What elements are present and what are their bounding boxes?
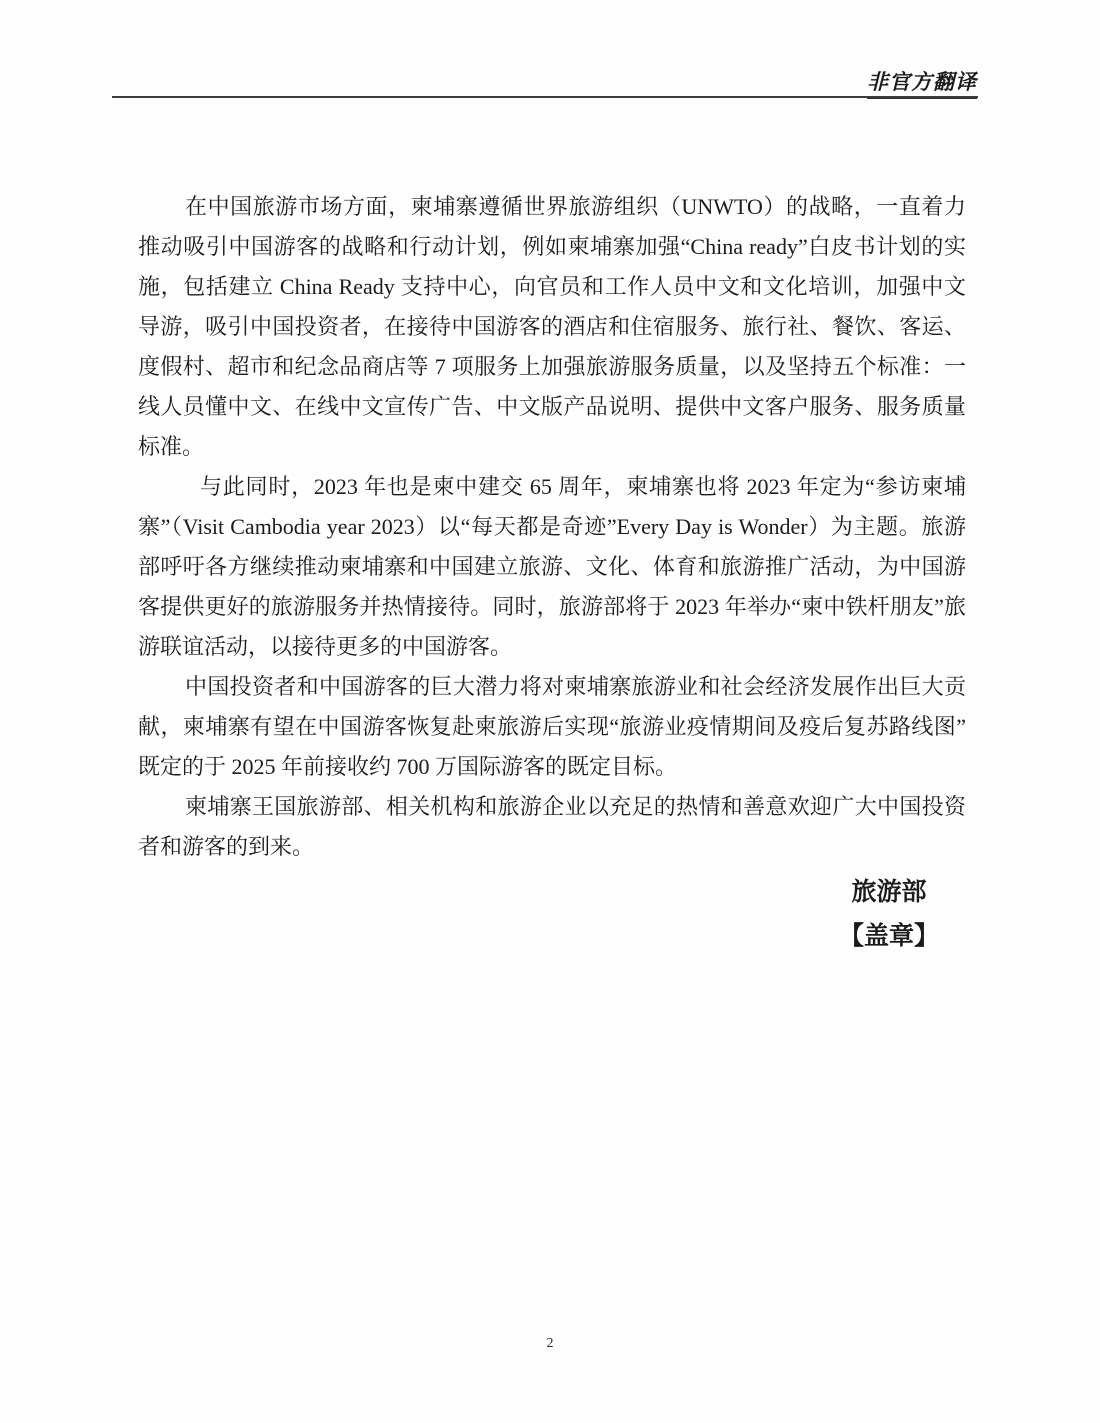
signature-seal-placeholder: 【盖章】 (839, 915, 939, 959)
signature-block: 旅游部 【盖章】 (839, 871, 939, 959)
page-footer: 2 (0, 1336, 1100, 1352)
signature-ministry-name: 旅游部 (839, 871, 939, 915)
document-body: 在中国旅游市场方面，柬埔寨遵循世界旅游组织（UNWTO）的战略，一直着力推动吸引… (138, 187, 966, 959)
paragraph-visit-cambodia-year: 与此同时，2023 年也是柬中建交 65 周年，柬埔寨也将 2023 年定为“参… (138, 467, 966, 667)
paragraph-welcome-statement: 柬埔寨王国旅游部、相关机构和旅游企业以充足的热情和善意欢迎广大中国投资者和游客的… (138, 787, 966, 867)
paragraph-tourism-recovery-target: 中国投资者和中国游客的巨大潜力将对柬埔寨旅游业和社会经济发展作出巨大贡献，柬埔寨… (138, 667, 966, 787)
page-number: 2 (547, 1336, 554, 1351)
header-unofficial-translation-label: 非官方翻译 (867, 66, 977, 99)
header-divider-line (112, 96, 978, 98)
document-page: 非官方翻译 在中国旅游市场方面，柬埔寨遵循世界旅游组织（UNWTO）的战略，一直… (0, 0, 1100, 1423)
paragraph-china-market-strategy: 在中国旅游市场方面，柬埔寨遵循世界旅游组织（UNWTO）的战略，一直着力推动吸引… (138, 187, 966, 467)
